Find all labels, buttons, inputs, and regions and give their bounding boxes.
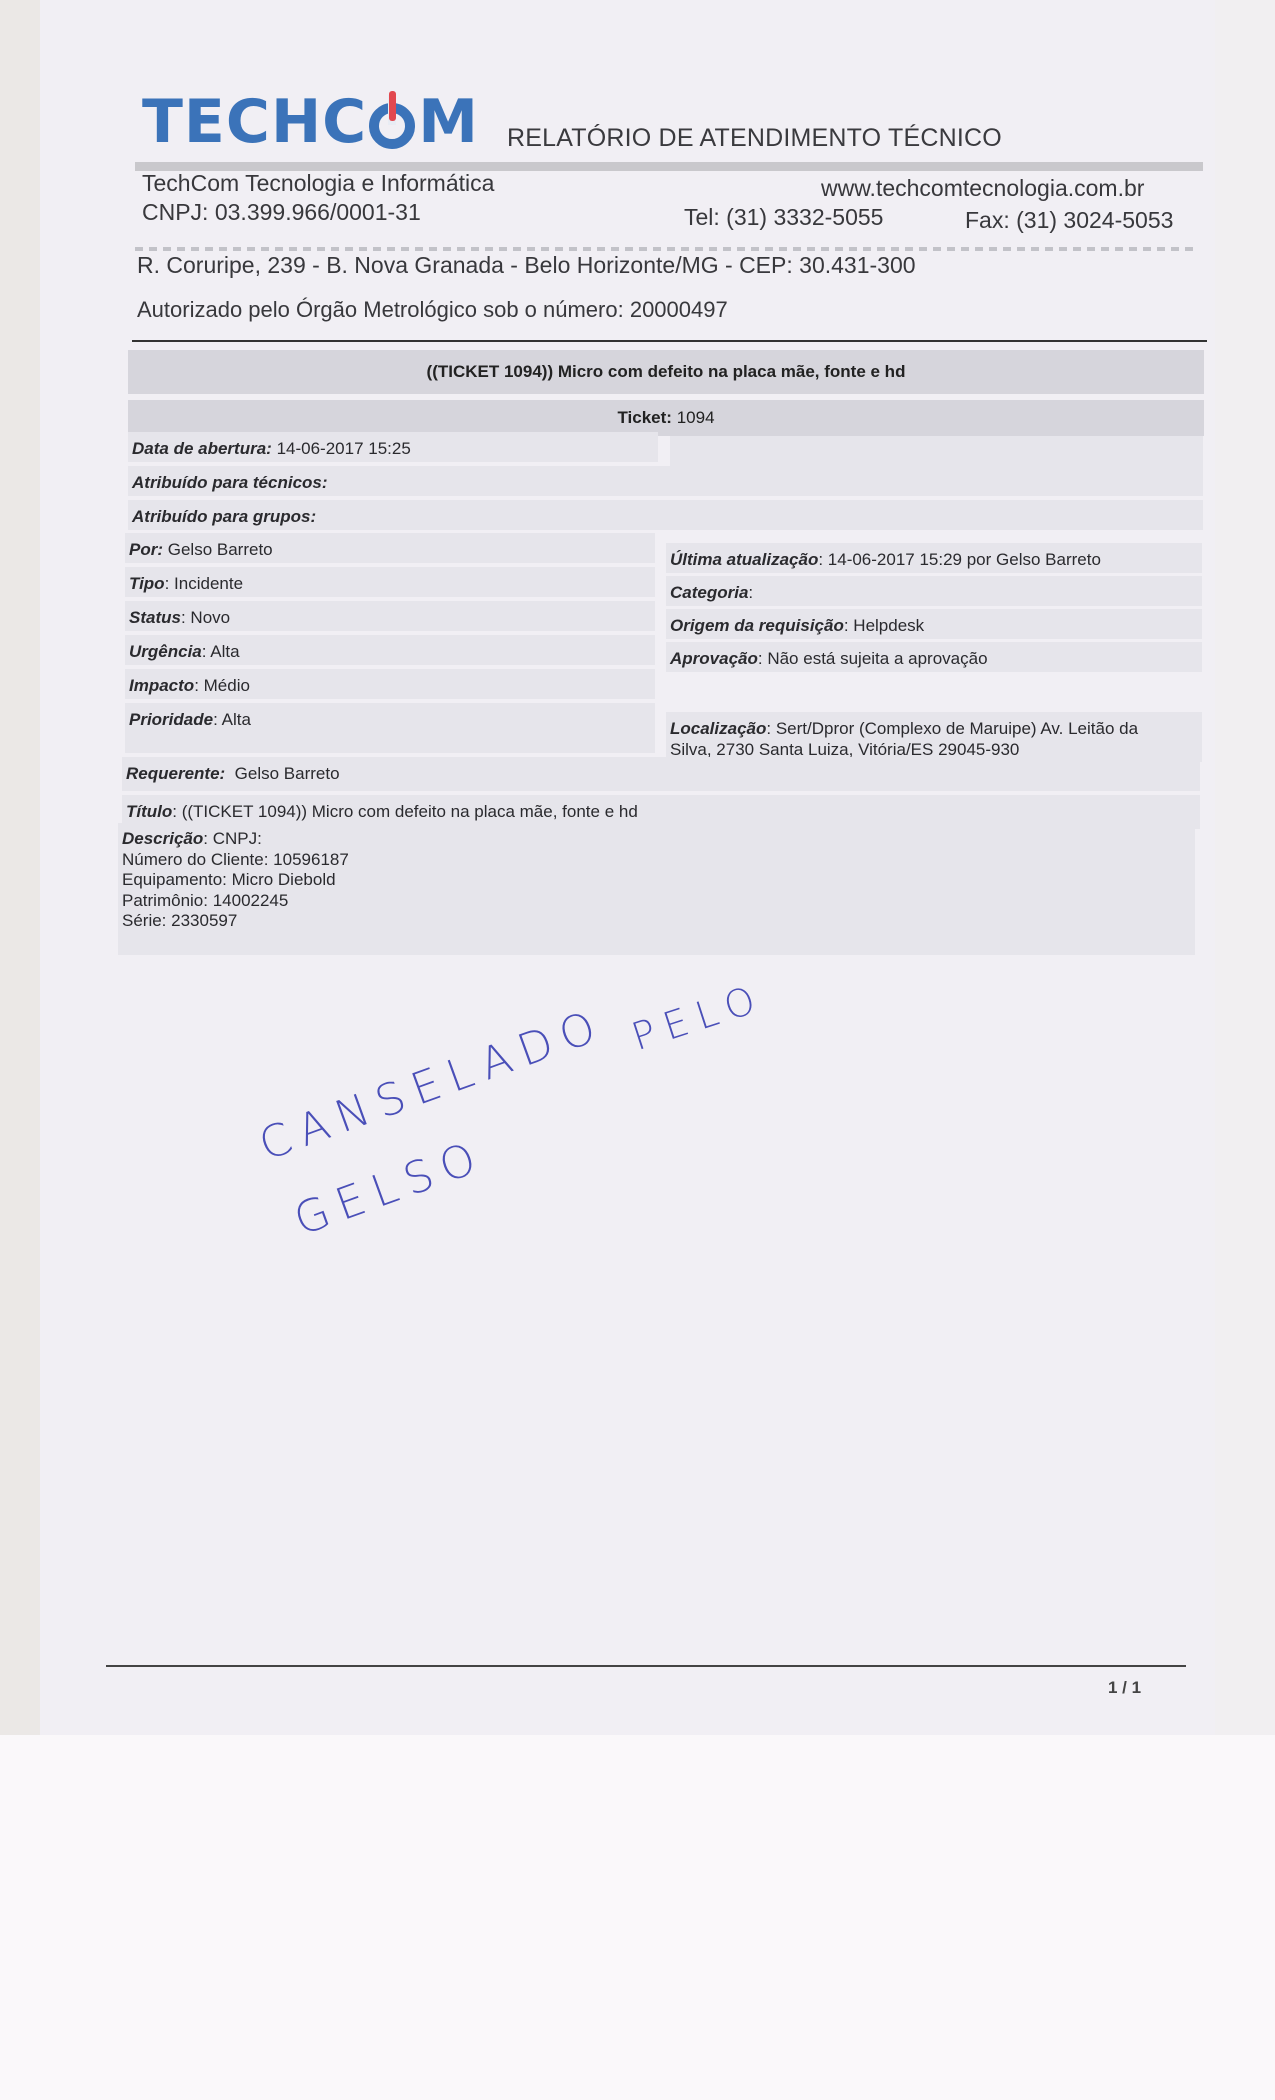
field-requester: Requerente: Gelso Barreto: [122, 757, 1200, 791]
company-fax: Fax: (31) 3024-5053: [965, 207, 1173, 234]
company-address: R. Coruripe, 239 - B. Nova Granada - Bel…: [137, 252, 916, 279]
ticket-number: 1094: [677, 408, 715, 428]
field-request-origin: Origem da requisição: Helpdesk: [666, 609, 1202, 639]
ticket-number-bar: Ticket: 1094: [128, 400, 1204, 436]
field-empty: [670, 436, 1203, 466]
logo-text-left: TECHC: [142, 92, 367, 152]
company-cnpj: CNPJ: 03.399.966/0001-31: [142, 199, 421, 226]
field-location: Localização: Sert/Dpror (Complexo de Mar…: [666, 712, 1202, 762]
field-assigned-groups: Atribuído para grupos:: [128, 500, 1203, 530]
page-number: 1 / 1: [1108, 1678, 1141, 1698]
ticket-label: Ticket: [617, 408, 666, 428]
description-serial: Série: 2330597: [122, 911, 1191, 932]
company-name: TechCom Tecnologia e Informática: [142, 170, 494, 197]
ticket-title-text: ((TICKET 1094)) Micro com defeito na pla…: [427, 362, 906, 382]
field-priority: Prioridade: Alta: [125, 703, 655, 753]
field-assigned-technicians: Atribuído para técnicos:: [128, 466, 1203, 496]
scanner-edge-left: [0, 0, 41, 1735]
field-description: Descrição: CNPJ: Número do Cliente: 1059…: [118, 823, 1195, 955]
techcom-logo: TECHCM: [142, 92, 479, 152]
field-urgency: Urgência: Alta: [125, 635, 655, 665]
dotted-separator: [135, 247, 1195, 251]
field-by: Por: Gelso Barreto: [125, 533, 655, 563]
header-rule: [132, 340, 1207, 342]
company-phone: Tel: (31) 3332-5055: [684, 204, 883, 231]
power-icon: [369, 103, 415, 149]
field-last-update: Última atualização: 14-06-2017 15:29 por…: [666, 543, 1202, 573]
footer-rule: [106, 1665, 1186, 1667]
description-equipment: Equipamento: Micro Diebold: [122, 870, 1191, 891]
company-website: www.techcomtecnologia.com.br: [821, 175, 1144, 202]
report-title: RELATÓRIO DE ATENDIMENTO TÉCNICO: [507, 124, 1002, 153]
field-type: Tipo: Incidente: [125, 567, 655, 597]
field-opening-date: Data de abertura: 14-06-2017 15:25: [128, 432, 658, 462]
description-asset: Patrimônio: 14002245: [122, 891, 1191, 912]
field-approval: Aprovação: Não está sujeita a aprovação: [666, 642, 1202, 672]
authorization-text: Autorizado pelo Órgão Metrológico sob o …: [137, 297, 728, 323]
logo-text-right: M: [418, 92, 479, 152]
description-client-number: Número do Cliente: 10596187: [122, 850, 1191, 871]
field-impact: Impacto: Médio: [125, 669, 655, 699]
field-category: Categoria:: [666, 576, 1202, 606]
field-status: Status: Novo: [125, 601, 655, 631]
scanner-edge-right: [1214, 0, 1275, 1735]
ticket-title-bar: ((TICKET 1094)) Micro com defeito na pla…: [128, 350, 1204, 394]
